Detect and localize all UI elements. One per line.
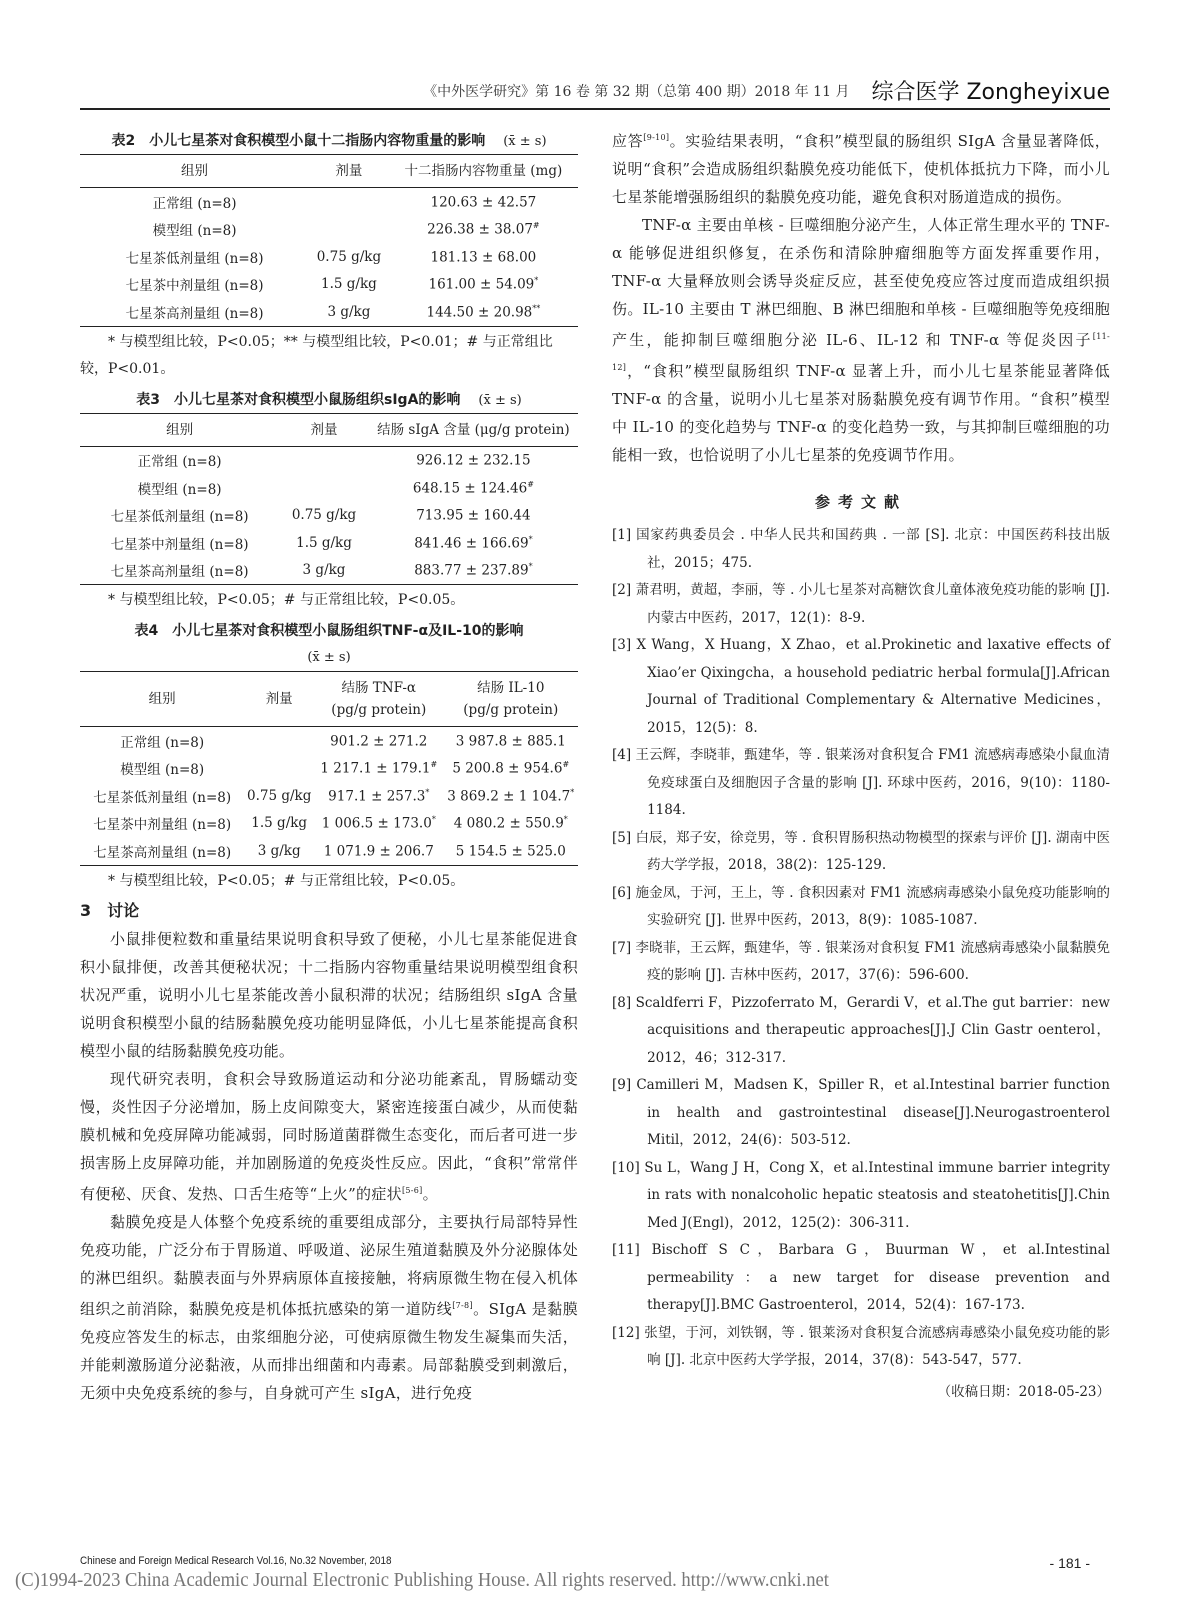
cell-tnf: 1 006.5 ± 173.0*: [314, 810, 443, 838]
cell-dose: [309, 188, 389, 216]
table-row: 模型组 (n=8)1 217.1 ± 179.1#5 200.8 ± 954.6…: [80, 755, 578, 783]
table4-title: 表4 小儿七星茶对食积模型小鼠肠组织TNF-α及IL-10的影响: [80, 620, 578, 640]
cell-dose: [244, 755, 314, 783]
table-row: 七星茶低剂量组 (n=8)0.75 g/kg181.13 ± 68.00: [80, 243, 578, 271]
reference-item: [11] Bischoff S C，Barbara G，Buurman W，et…: [612, 1237, 1110, 1320]
table4-header-dose: 剂量: [244, 672, 314, 727]
table2-header-group: 组别: [80, 155, 309, 188]
cell-group: 正常组 (n=8): [80, 188, 309, 216]
right-column: 应答[9-10]。实验结果表明，“食积”模型鼠的肠组织 SIgA 含量显著降低，…: [612, 124, 1110, 1406]
table-row: 模型组 (n=8)226.38 ± 38.07#: [80, 216, 578, 244]
discussion-paragraph-3-cont: 应答[9-10]。实验结果表明，“食积”模型鼠的肠组织 SIgA 含量显著降低，…: [612, 124, 1110, 211]
page-number: - 181 -: [1050, 1555, 1090, 1571]
table3-header-value: 结肠 sIgA 含量 (μg/g protein): [369, 413, 578, 446]
discussion-paragraph-1: 小鼠排便粒数和重量结果说明食积导致了便秘，小儿七星茶能促进食积小鼠排便，改善其便…: [80, 925, 578, 1065]
running-header: 《中外医学研究》第 16 卷 第 32 期（总第 400 期）2018 年 11…: [80, 70, 1110, 106]
cell-value: 161.00 ± 54.09*: [389, 271, 578, 299]
table-row: 七星茶中剂量组 (n=8)1.5 g/kg1 006.5 ± 173.0*4 0…: [80, 810, 578, 838]
cell-il10: 3 869.2 ± 1 104.7*: [444, 782, 578, 810]
cell-group: 七星茶低剂量组 (n=8): [80, 782, 244, 810]
table3-header-dose: 剂量: [279, 413, 369, 446]
reference-item: [3] X Wang，X Huang，X Zhao，et al.Prokinet…: [612, 632, 1110, 742]
table-row: 七星茶高剂量组 (n=8)3 g/kg144.50 ± 20.98**: [80, 298, 578, 326]
table2-header-value: 十二指肠内容物重量 (mg): [389, 155, 578, 188]
discussion-paragraph-4: TNF-α 主要由单核 - 巨噬细胞分泌产生，人体正常生理水平的 TNF-α 能…: [612, 211, 1110, 469]
cell-value: 926.12 ± 232.15: [369, 446, 578, 474]
cell-group: 模型组 (n=8): [80, 755, 244, 783]
cell-group: 模型组 (n=8): [80, 216, 309, 244]
cell-il10: 3 987.8 ± 885.1: [444, 727, 578, 755]
table4-header-tnf: 结肠 TNF-α(pg/g protein): [314, 672, 443, 727]
cell-tnf: 917.1 ± 257.3*: [314, 782, 443, 810]
table-row: 七星茶高剂量组 (n=8)3 g/kg883.77 ± 237.89*: [80, 557, 578, 585]
table-row: 正常组 (n=8)901.2 ± 271.23 987.8 ± 885.1: [80, 727, 578, 755]
cell-group: 七星茶低剂量组 (n=8): [80, 502, 279, 530]
cell-value: 713.95 ± 160.44: [369, 502, 578, 530]
reference-item: [8] Scaldferri F，Pizzoferrato M，Gerardi …: [612, 990, 1110, 1073]
table-row: 七星茶高剂量组 (n=8)3 g/kg1 071.9 ± 206.75 154.…: [80, 837, 578, 865]
table-row: 七星茶低剂量组 (n=8)0.75 g/kg917.1 ± 257.3*3 86…: [80, 782, 578, 810]
table2-header-dose: 剂量: [309, 155, 389, 188]
discussion-paragraph-2: 现代研究表明，食积会导致肠道运动和分泌功能紊乱，胃肠蠕动变慢，炎性因子分泌增加，…: [80, 1065, 578, 1208]
table2-stat: (x̄ ± s): [503, 134, 546, 149]
table-row: 模型组 (n=8)648.15 ± 124.46#: [80, 474, 578, 502]
received-date: （收稿日期：2018-05-23）: [612, 1379, 1110, 1406]
table2-title-text: 表2 小儿七星茶对食积模型小鼠十二指肠内容物重量的影响: [111, 133, 485, 149]
cell-dose: 0.75 g/kg: [309, 243, 389, 271]
table4: 组别 剂量 结肠 TNF-α(pg/g protein) 结肠 IL-10(pg…: [80, 671, 578, 866]
cell-group: 模型组 (n=8): [80, 474, 279, 502]
cell-dose: 0.75 g/kg: [244, 782, 314, 810]
table-row: 正常组 (n=8)120.63 ± 42.57: [80, 188, 578, 216]
cell-group: 七星茶中剂量组 (n=8): [80, 271, 309, 299]
cell-dose: 3 g/kg: [279, 557, 369, 585]
table3: 组别 剂量 结肠 sIgA 含量 (μg/g protein) 正常组 (n=8…: [80, 413, 578, 586]
cell-group: 正常组 (n=8): [80, 727, 244, 755]
cell-il10: 4 080.2 ± 550.9*: [444, 810, 578, 838]
cell-dose: 1.5 g/kg: [279, 529, 369, 557]
cell-group: 七星茶低剂量组 (n=8): [80, 243, 309, 271]
table3-title: 表3 小儿七星茶对食积模型小鼠肠组织sIgA的影响(x̄ ± s): [80, 389, 578, 409]
table-row: 七星茶中剂量组 (n=8)1.5 g/kg161.00 ± 54.09*: [80, 271, 578, 299]
cell-group: 正常组 (n=8): [80, 446, 279, 474]
cell-value: 181.13 ± 68.00: [389, 243, 578, 271]
citation: [7-8]: [452, 1301, 473, 1310]
cell-group: 七星茶高剂量组 (n=8): [80, 298, 309, 326]
table2: 组别 剂量 十二指肠内容物重量 (mg) 正常组 (n=8)120.63 ± 4…: [80, 154, 578, 327]
reference-list: [1] 国家药典委员会 . 中华人民共和国药典 . 一部 [S]. 北京：中国医…: [612, 522, 1110, 1375]
table-row: 七星茶低剂量组 (n=8)0.75 g/kg713.95 ± 160.44: [80, 502, 578, 530]
header-rule: [80, 108, 1110, 110]
citation: [5-6]: [402, 1186, 423, 1195]
cell-value: 883.77 ± 237.89*: [369, 557, 578, 585]
cell-value: 226.38 ± 38.07#: [389, 216, 578, 244]
cell-dose: 1.5 g/kg: [244, 810, 314, 838]
reference-item: [10] Su L，Wang J H，Cong X，et al.Intestin…: [612, 1155, 1110, 1238]
discussion-paragraph-3: 黏膜免疫是人体整个免疫系统的重要组成部分，主要执行局部特异性免疫功能，广泛分布于…: [80, 1208, 578, 1407]
reference-item: [12] 张望，于河，刘铁钢，等 . 银莱汤对食积复合流感病毒感染小鼠免疫功能的…: [612, 1320, 1110, 1375]
cell-dose: 3 g/kg: [244, 837, 314, 865]
cell-group: 七星茶中剂量组 (n=8): [80, 810, 244, 838]
reference-item: [7] 李晓菲，王云辉，甄建华，等 . 银莱汤对食积复 FM1 流感病毒感染小鼠…: [612, 935, 1110, 990]
reference-item: [5] 白辰，郑子安，徐竞男，等 . 食积胃肠积热动物模型的探索与评价 [J].…: [612, 825, 1110, 880]
reference-item: [9] Camilleri M，Madsen K，Spiller R，et al…: [612, 1072, 1110, 1155]
cell-dose: 0.75 g/kg: [279, 502, 369, 530]
reference-item: [2] 萧君明，黄超，李丽，等 . 小儿七星茶对高糖饮食儿童体液免疫功能的影响 …: [612, 577, 1110, 632]
references-heading: 参考文献: [612, 491, 1110, 512]
table4-note: * 与模型组比较，P<0.05；# 与正常组比较，P<0.05。: [80, 868, 578, 895]
reference-item: [6] 施金凤，于河，王上，等 . 食积因素对 FM1 流感病毒感染小鼠免疫功能…: [612, 880, 1110, 935]
table3-stat: (x̄ ± s): [478, 393, 521, 408]
table4-header-group: 组别: [80, 672, 244, 727]
table3-note: * 与模型组比较，P<0.05；# 与正常组比较，P<0.05。: [80, 587, 578, 614]
table-row: 七星茶中剂量组 (n=8)1.5 g/kg841.46 ± 166.69*: [80, 529, 578, 557]
cell-dose: [309, 216, 389, 244]
table2-note: * 与模型组比较，P<0.05；** 与模型组比较，P<0.01；# 与正常组比…: [80, 329, 578, 383]
cell-il10: 5 200.8 ± 954.6#: [444, 755, 578, 783]
cell-dose: [244, 727, 314, 755]
discussion-heading: 3 讨论: [80, 897, 578, 925]
cell-value: 841.46 ± 166.69*: [369, 529, 578, 557]
table4-stat: (x̄ ± s): [80, 650, 578, 665]
table4-header-il10: 结肠 IL-10(pg/g protein): [444, 672, 578, 727]
cell-il10: 5 154.5 ± 525.0: [444, 837, 578, 865]
cell-value: 120.63 ± 42.57: [389, 188, 578, 216]
cell-group: 七星茶高剂量组 (n=8): [80, 837, 244, 865]
cell-tnf: 1 071.9 ± 206.7: [314, 837, 443, 865]
cell-dose: 1.5 g/kg: [309, 271, 389, 299]
journal-citation: 《中外医学研究》第 16 卷 第 32 期（总第 400 期）2018 年 11…: [423, 81, 849, 106]
left-column: 表2 小儿七星茶对食积模型小鼠十二指肠内容物重量的影响(x̄ ± s) 组别 剂…: [80, 124, 578, 1407]
cell-tnf: 1 217.1 ± 179.1#: [314, 755, 443, 783]
cell-value: 648.15 ± 124.46#: [369, 474, 578, 502]
copyright-notice: (C)1994-2023 China Academic Journal Elec…: [15, 1569, 829, 1592]
citation: [9-10]: [643, 133, 669, 142]
cell-dose: [279, 474, 369, 502]
reference-item: [4] 王云辉，李晓菲，甄建华，等 . 银莱汤对食积复合 FM1 流感病毒感染小…: [612, 742, 1110, 825]
reference-item: [1] 国家药典委员会 . 中华人民共和国药典 . 一部 [S]. 北京：中国医…: [612, 522, 1110, 577]
cell-value: 144.50 ± 20.98**: [389, 298, 578, 326]
cell-tnf: 901.2 ± 271.2: [314, 727, 443, 755]
cell-group: 七星茶高剂量组 (n=8): [80, 557, 279, 585]
table2-title: 表2 小儿七星茶对食积模型小鼠十二指肠内容物重量的影响(x̄ ± s): [80, 130, 578, 150]
cell-dose: 3 g/kg: [309, 298, 389, 326]
section-name: 综合医学 Zongheyixue: [871, 75, 1110, 106]
table3-title-text: 表3 小儿七星茶对食积模型小鼠肠组织sIgA的影响: [136, 392, 460, 408]
table-row: 正常组 (n=8)926.12 ± 232.15: [80, 446, 578, 474]
cell-group: 七星茶中剂量组 (n=8): [80, 529, 279, 557]
cell-dose: [279, 446, 369, 474]
table3-header-group: 组别: [80, 413, 279, 446]
